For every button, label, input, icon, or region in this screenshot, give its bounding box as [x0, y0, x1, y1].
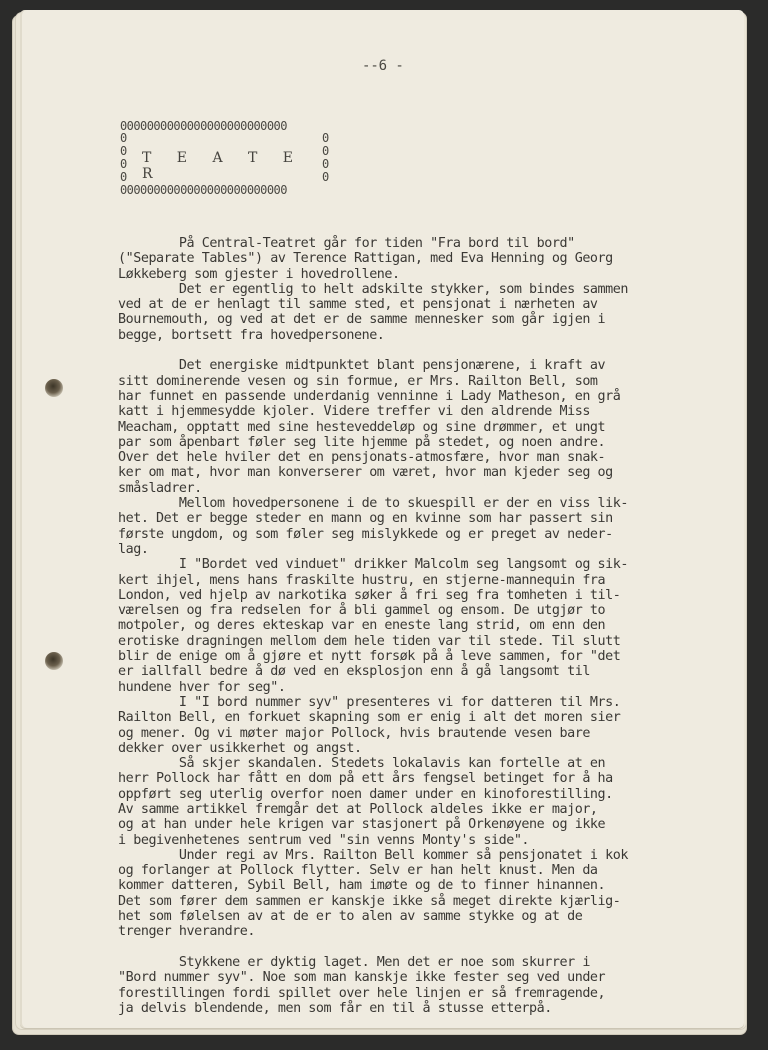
text-line: Bournemouth, og ved at det er de samme m… [118, 312, 718, 327]
text-line: Over det hele hviler det en pensjonats-a… [118, 450, 718, 465]
text-line: Mellom hovedpersonene i de to skuespill … [118, 496, 718, 511]
text-line: ker om mat, hvor man konverserer om være… [118, 465, 718, 480]
text-line: par som åpenbart føler seg lite hjemme p… [118, 435, 718, 450]
title-border-bottom: 0000000000000000000000000 [120, 184, 287, 196]
text-line: Løkkeberg som gjester i hovedrollene. [118, 267, 718, 282]
text-line: er iallfall bedre å dø ved en eksplosjon… [118, 664, 718, 679]
text-line: het som følelsen av at de er to alen av … [118, 909, 718, 924]
text-line: Meacham, opptatt med sine hesteveddeløp … [118, 420, 718, 435]
paragraph-conclusion: Stykkene er dyktig laget. Men det er noe… [118, 955, 718, 1016]
title-border-top: 0000000000000000000000000 [120, 120, 287, 132]
punch-hole-bottom [45, 652, 63, 670]
text-line: hundene hver for seg". [118, 680, 718, 695]
text-line: ja delvis blendende, men som får en til … [118, 1001, 718, 1016]
title-border-left: 0 0 0 0 [120, 132, 127, 184]
text-line: Av samme artikkel fremgår det at Pollock… [118, 802, 718, 817]
text-line: dekker over usikkerhet og angst. [118, 741, 718, 756]
paragraph-gap [118, 343, 718, 358]
text-line: "Bord nummer syv". Noe som man kanskje i… [118, 970, 718, 985]
text-line: Det energiske midtpunktet blant pensjonæ… [118, 358, 718, 373]
text-line: erotiske dragningen mellom dem hele tide… [118, 634, 718, 649]
text-line: herr Pollock har fått en dom på ett års … [118, 771, 718, 786]
text-line: kert ihjel, mens hans fraskilte hustru, … [118, 573, 718, 588]
text-line: I "I bord nummer syv" presenteres vi for… [118, 695, 718, 710]
text-line: oppført seg uterlig overfor noen damer u… [118, 787, 718, 802]
text-line: sitt dominerende vesen og sin formue, er… [118, 374, 718, 389]
text-line: Så skjer skandalen. Stedets lokalavis ka… [118, 756, 718, 771]
text-line: og forlanger at Pollock flytter. Selv er… [118, 863, 718, 878]
text-line: første ungdom, og som føler seg mislykke… [118, 527, 718, 542]
text-line: blir de enige om å gjøre et nytt forsøk … [118, 649, 718, 664]
text-line: Stykkene er dyktig laget. Men det er noe… [118, 955, 718, 970]
text-line: Under regi av Mrs. Railton Bell kommer s… [118, 848, 718, 863]
text-line: motpoler, og deres ekteskap var en enest… [118, 618, 718, 633]
paragraph-gap [118, 940, 718, 955]
paragraph-intro: På Central-Teatret går for tiden "Fra bo… [118, 236, 718, 343]
section-title-box: 0000000000000000000000000 0 0 0 0 0 0 0 … [120, 120, 332, 198]
text-line: På Central-Teatret går for tiden "Fra bo… [118, 236, 718, 251]
text-line: lag. [118, 542, 718, 557]
text-line: I "Bordet ved vinduet" drikker Malcolm s… [118, 557, 718, 572]
text-line: het. Det er begge steder en mann og en k… [118, 511, 718, 526]
text-line: kommer datteren, Sybil Bell, ham imøte o… [118, 878, 718, 893]
text-line: katt i hjemmesydde kjoler. Videre treffe… [118, 404, 718, 419]
text-line: London, ved hjelp av narkotika søker å f… [118, 588, 718, 603]
text-line: i begivenhetenes sentrum ved "sin venns … [118, 833, 718, 848]
text-line: trenger hverandre. [118, 924, 718, 939]
page-number: --6 - [362, 58, 404, 74]
text-line: forestillingen fordi spillet over hele l… [118, 986, 718, 1001]
text-line: og at han under hele krigen var stasjone… [118, 817, 718, 832]
punch-hole-top [45, 379, 63, 397]
text-line: ved at de er henlagt til samme sted, et … [118, 297, 718, 312]
text-line: Railton Bell, en forkuet skapning som er… [118, 710, 718, 725]
text-line: ("Separate Tables") av Terence Rattigan,… [118, 251, 718, 266]
section-title: T E A T E R [142, 150, 332, 182]
text-line: og mener. Og vi møter major Pollock, hvi… [118, 726, 718, 741]
article-body: På Central-Teatret går for tiden "Fra bo… [118, 236, 718, 1016]
paragraph-main: Det energiske midtpunktet blant pensjonæ… [118, 358, 718, 939]
text-line: Det som fører dem sammen er kanskje ikke… [118, 894, 718, 909]
text-line: har funnet en passende underdanig vennin… [118, 389, 718, 404]
text-line: Det er egentlig to helt adskilte stykker… [118, 282, 718, 297]
text-line: småsladrer. [118, 481, 718, 496]
text-line: begge, bortsett fra hovedpersonene. [118, 328, 718, 343]
text-line: værelsen og fra redselen for å bli gamme… [118, 603, 718, 618]
